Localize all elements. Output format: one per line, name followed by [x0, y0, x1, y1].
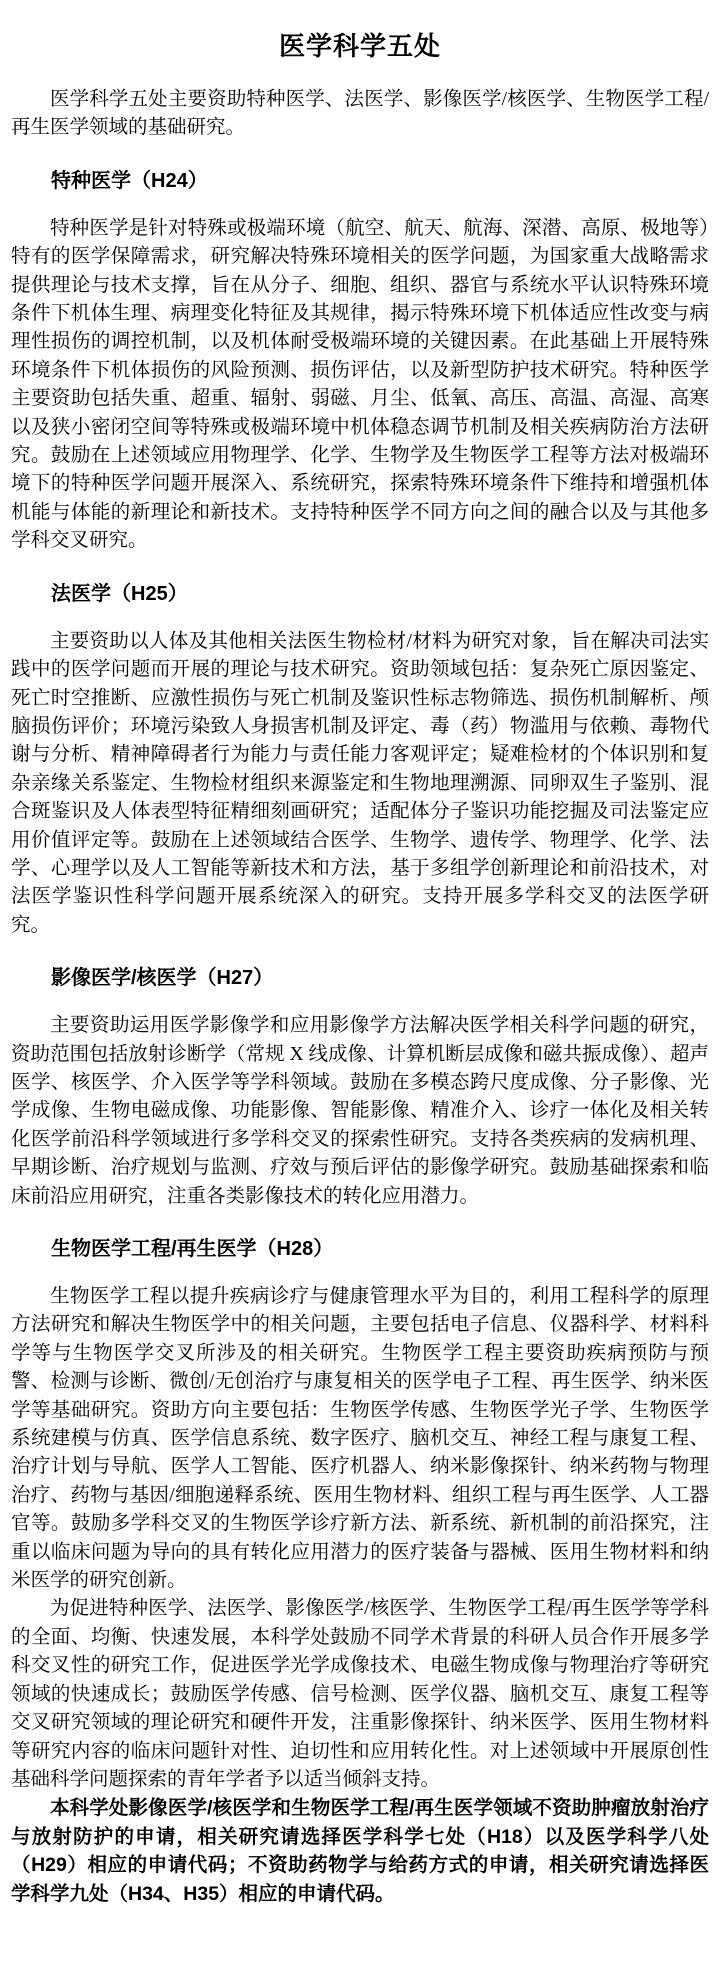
section-heading-h25: 法医学（H25） [11, 581, 709, 607]
page-title: 医学科学五处 [11, 30, 709, 62]
funding-exclusion-note: 本科学处影像医学/核医学和生物医学工程/再生医学领域不资助肿瘤放射治疗与放射防护… [11, 1794, 709, 1908]
section-paragraph-h27: 主要资助运用医学影像学和应用影像学方法解决医学相关科学问题的研究，资助范围包括放… [11, 1012, 709, 1211]
section-paragraph-h28-2: 为促进特种医学、法医学、影像医学/核医学、生物医学工程/再生医学等学科的全面、均… [11, 1595, 709, 1794]
section-paragraph-h25: 主要资助以人体及其他相关法医生物检材/材料为研究对象，旨在解决司法实践中的医学问… [11, 628, 709, 940]
intro-paragraph: 医学科学五处主要资助特种医学、法医学、影像医学/核医学、生物医学工程/再生医学领… [11, 86, 709, 143]
section-paragraph-h28-1: 生物医学工程以提升疾病诊疗与健康管理水平为目的，利用工程科学的原理方法研究和解决… [11, 1283, 709, 1595]
section-heading-h27: 影像医学/核医学（H27） [11, 965, 709, 991]
section-heading-h28: 生物医学工程/再生医学（H28） [11, 1236, 709, 1262]
section-heading-h24: 特种医学（H24） [11, 168, 709, 194]
document-page: 医学科学五处 医学科学五处主要资助特种医学、法医学、影像医学/核医学、生物医学工… [0, 0, 720, 1968]
section-paragraph-h24: 特种医学是针对特殊或极端环境（航空、航天、航海、深潜、高原、极地等）特有的医学保… [11, 215, 709, 556]
